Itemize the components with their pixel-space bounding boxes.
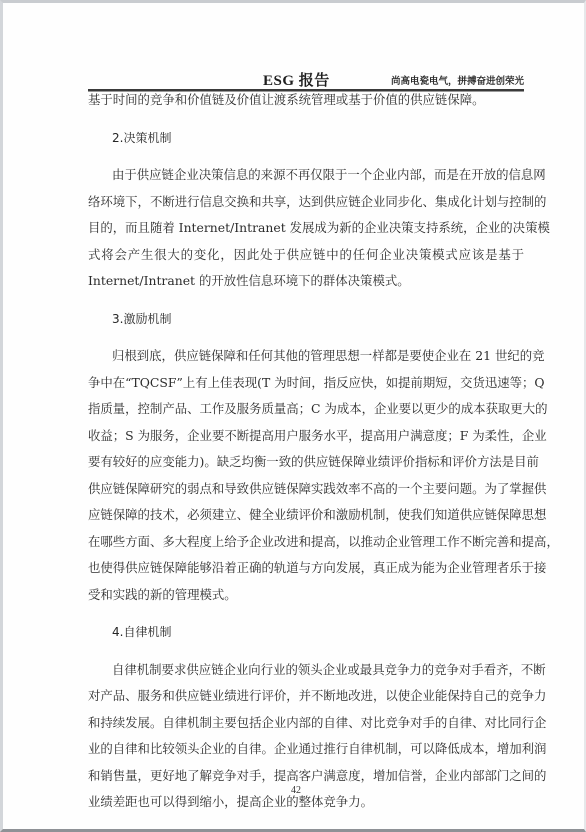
- section-heading-self-discipline: 4.自律机制: [88, 619, 524, 646]
- paragraph-line: 和持续发展。自律机制主要包括企业内部的自律、对比竞争对手的自律、对比同行企: [88, 710, 524, 737]
- company-slogan: 尚高电瓷电气，拼搏奋进创荣光: [391, 73, 524, 87]
- paragraph-line: 应链保障的技术，必须建立、健全业绩评价和激励机制，使我们知道供应链保障思想: [88, 502, 524, 529]
- paragraph-line: 目的，而且随着 Internet/Intranet 发展成为新的企业决策支持系统…: [88, 215, 524, 242]
- section-heading-decision: 2.决策机制: [88, 125, 524, 152]
- document-body: 基于时间的竞争和价值链及价值让渡系统管理或基于价值的供应链保障。 2.决策机制 …: [88, 87, 524, 816]
- paragraph-line: 争中在“TQCSF”上有上佳表现(T 为时间，指反应快，如提前期短，交货迅速等；…: [88, 370, 524, 397]
- scanned-page: ESG 报告 尚高电瓷电气，拼搏奋进创荣光 基于时间的竞争和价值链及价值让渡系统…: [0, 0, 586, 832]
- paragraph-line: 业的自律和比较领头企业的自律。企业通过推行自律机制，可以降低成本，增加利润: [88, 736, 524, 763]
- paragraph-line: 式将会产生很大的变化，因此处于供应链中的任何企业决策模式应该是基于: [88, 242, 524, 269]
- page-number: 42: [3, 785, 586, 796]
- paragraph-line: 自律机制要求供应链企业向行业的领头企业或最具竞争力的竞争对手看齐，不断: [88, 657, 524, 684]
- paragraph-line: 由于供应链企业决策信息的来源不再仅限于一个企业内部，而是在开放的信息网: [88, 162, 524, 189]
- paragraph-line: Internet/Intranet 的开放性信息环境下的群体决策模式。: [88, 268, 524, 295]
- paragraph-line: 归根到底，供应链保障和任何其他的管理思想一样都是要使企业在 21 世纪的竞: [88, 343, 524, 370]
- paragraph-incentive-mechanism: 归根到底，供应链保障和任何其他的管理思想一样都是要使企业在 21 世纪的竞 争中…: [88, 343, 524, 608]
- paragraph-line: 供应链保障研究的弱点和导致供应链保障实践效率不高的一个主要问题。为了掌握供: [88, 476, 524, 503]
- paragraph-line: 络环境下，不断进行信息交换和共享，达到供应链企业同步化、集成化计划与控制的: [88, 189, 524, 216]
- page-header: ESG 报告 尚高电瓷电气，拼搏奋进创荣光: [88, 69, 524, 89]
- paragraph-line: 指质量，控制产品、工作及服务质量高；C 为成本，企业要以更少的成本获取更大的: [88, 396, 524, 423]
- paragraph-line: 也使得供应链保障能够沿着正确的轨道与方向发展，真正成为能为企业管理者乐于接: [88, 555, 524, 582]
- section-heading-incentive: 3.激励机制: [88, 306, 524, 333]
- paragraph-line: 对产品、服务和供应链业绩进行评价，并不断地改进，以使企业能保持自己的竞争力: [88, 683, 524, 710]
- paragraph-line: 要有较好的应变能力)。缺乏均衡一致的供应链保障业绩评价指标和评价方法是目前: [88, 449, 524, 476]
- carryover-paragraph-line: 基于时间的竞争和价值链及价值让渡系统管理或基于价值的供应链保障。: [88, 87, 524, 114]
- paragraph-decision-mechanism: 由于供应链企业决策信息的来源不再仅限于一个企业内部，而是在开放的信息网 络环境下…: [88, 162, 524, 295]
- paragraph-line: 收益；S 为服务，企业要不断提高用户服务水平，提高用户满意度；F 为柔性，企业: [88, 423, 524, 450]
- paragraph-line: 受和实践的新的管理模式。: [88, 582, 524, 609]
- paragraph-line: 在哪些方面、多大程度上给予企业改进和提高，以推动企业管理工作不断完善和提高，: [88, 529, 524, 556]
